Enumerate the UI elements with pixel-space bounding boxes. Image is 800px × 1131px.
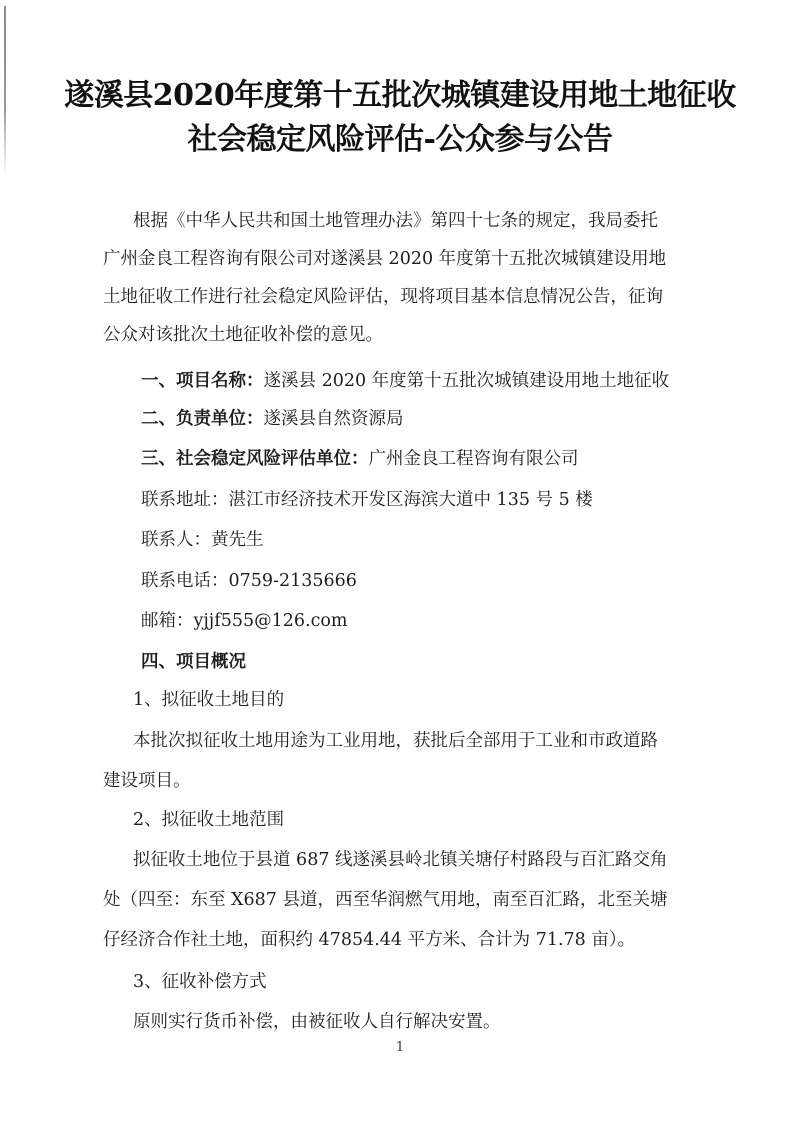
document-title-line-1: 遂溪县2020年度第十五批次城镇建设用地土地征收 [0, 70, 800, 114]
contact-person: 联系人：黄先生 [141, 526, 264, 551]
page-number: 1 [0, 1040, 800, 1055]
contact-phone: 联系电话：0759-2135666 [141, 567, 357, 592]
project-name-value: 遂溪县 2020 年度第十五批次城镇建设用地土地征收 [264, 371, 670, 391]
assessment-unit-row: 三、社会稳定风险评估单位：广州金良工程咨询有限公司 [141, 445, 579, 470]
overview-heading: 四、项目概况 [141, 648, 246, 673]
scope-text-line-3: 仔经济合作社土地，面积约 47854.44 平方米、合计为 71.78 亩）。 [103, 926, 635, 951]
scope-text-line-2: 处（四至：东至 X687 县道，西至华润燃气用地，南至百汇路，北至关塘 [103, 886, 667, 911]
scope-heading: 2、拟征收土地范围 [133, 806, 284, 831]
responsible-unit-label: 二、负责单位： [141, 409, 264, 429]
responsible-unit-value: 遂溪县自然资源局 [264, 409, 404, 429]
purpose-text-line-1: 本批次拟征收土地用途为工业用地，获批后全部用于工业和市政道路 [133, 727, 658, 752]
intro-paragraph-line-4: 公众对该批次土地征收补偿的意见。 [103, 321, 383, 346]
compensation-text: 原则实行货币补偿，由被征收人自行解决安置。 [133, 1008, 501, 1033]
responsible-unit-row: 二、负责单位：遂溪县自然资源局 [141, 405, 404, 430]
project-name-label: 一、项目名称： [141, 371, 264, 391]
document-title-line-2: 社会稳定风险评估-公众参与公告 [0, 114, 800, 158]
intro-paragraph-line-3: 土地征收工作进行社会稳定风险评估，现将项目基本信息情况公告，征询 [103, 283, 663, 308]
intro-paragraph-line-1: 根据《中华人民共和国土地管理办法》第四十七条的规定，我局委托 [133, 207, 658, 232]
scope-text-line-1: 拟征收土地位于县道 687 线遂溪县岭北镇关塘仔村路段与百汇路交角 [133, 846, 668, 871]
purpose-heading: 1、拟征收土地目的 [133, 686, 284, 711]
contact-email: 邮箱：yjjf555@126.com [141, 607, 348, 632]
assessment-unit-value: 广州金良工程咨询有限公司 [369, 449, 579, 469]
compensation-heading: 3、征收补偿方式 [133, 968, 267, 993]
purpose-text-line-2: 建设项目。 [103, 767, 191, 792]
project-name-row: 一、项目名称：遂溪县 2020 年度第十五批次城镇建设用地土地征收 [141, 367, 669, 392]
intro-paragraph-line-2: 广州金良工程咨询有限公司对遂溪县 2020 年度第十五批次城镇建设用地 [103, 245, 666, 270]
contact-address: 联系地址：湛江市经济技术开发区海滨大道中 135 号 5 楼 [141, 486, 593, 511]
assessment-unit-label: 三、社会稳定风险评估单位： [141, 449, 369, 469]
